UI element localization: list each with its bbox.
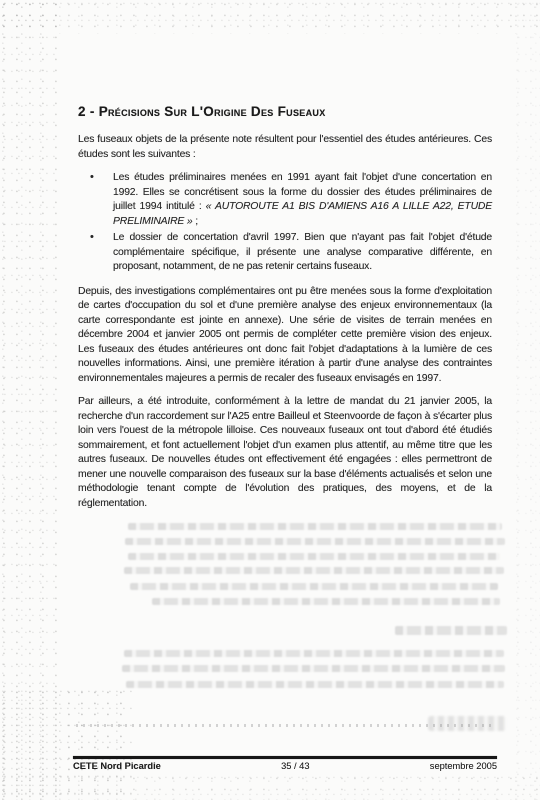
bullet-list: •Les études préliminaires menées en 1991… (78, 171, 492, 275)
bleed-through-line (124, 650, 504, 657)
bleed-through-smudge (428, 716, 506, 731)
intro-paragraph: Les fuseaux objets de la présente note r… (78, 133, 492, 162)
section-heading: 2 - Précisions Sur L'Origine Des Fuseaux (78, 104, 492, 119)
bullet-icon: • (90, 170, 94, 185)
page-footer: CETE Nord Picardie 35 / 43 septembre 200… (73, 761, 497, 771)
body-paragraph: Par ailleurs, a été introduite, conformé… (78, 395, 492, 511)
footer-rule (73, 756, 497, 759)
bleed-through-line (152, 598, 500, 605)
scan-noise-right (514, 0, 540, 800)
bullet-icon: • (90, 230, 94, 245)
scan-noise-bottom (0, 774, 540, 800)
scan-noise-left (0, 0, 58, 800)
footer-date: septembre 2005 (430, 761, 497, 771)
bleed-through-line (128, 553, 500, 560)
footer-page-number: 35 / 43 (281, 761, 309, 771)
bleed-through-heading (395, 626, 507, 635)
bleed-through-line (122, 665, 505, 672)
scan-noise-bottom-left (0, 688, 132, 800)
bleed-through-line (124, 567, 504, 574)
bleed-through-line (128, 523, 502, 530)
scan-noise-top (0, 0, 540, 34)
scanned-document-page: { "document": { "heading": "2 - Précisio… (0, 0, 540, 800)
body-paragraph: Depuis, des investigations complémentair… (78, 285, 492, 387)
bleed-through-line (130, 583, 498, 590)
list-item: •Les études préliminaires menées en 1991… (78, 171, 492, 229)
document-body: 2 - Précisions Sur L'Origine Des Fuseaux… (78, 104, 492, 520)
footer-organization: CETE Nord Picardie (73, 761, 161, 771)
bullet-text: Le dossier de concertation d'avril 1997.… (113, 232, 492, 272)
bullet-suffix: ; (192, 216, 197, 227)
bleed-through-line (126, 681, 504, 688)
list-item: •Le dossier de concertation d'avril 1997… (78, 231, 492, 275)
bleed-through-line (125, 538, 505, 545)
